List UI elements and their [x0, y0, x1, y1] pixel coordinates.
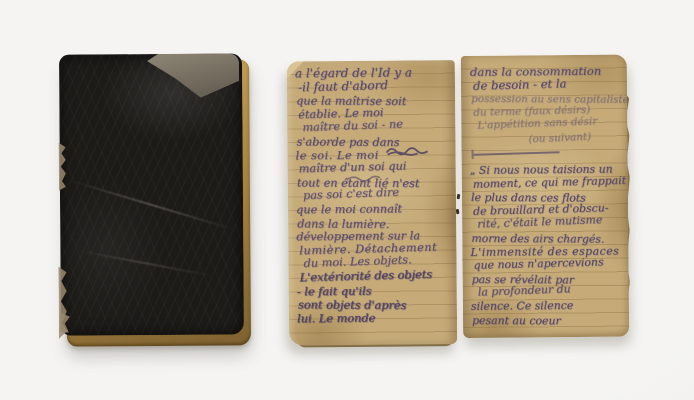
- notebook-cover: [59, 53, 244, 335]
- handwriting-line: L'extériorité des objets: [299, 267, 457, 285]
- handwriting-line: morne des airs chargés.: [471, 232, 627, 246]
- handwriting-line: dans la lumière.: [297, 217, 455, 231]
- right-page-upper-handwriting: dans la consommation de besoin - et la p…: [470, 65, 626, 148]
- handwriting-line: pesant au coeur: [472, 313, 628, 327]
- open-notebook: a l'égard de l'Id y a -il faut d'abord q…: [285, 50, 640, 353]
- handwriting-line: silence. Ce silence: [471, 299, 627, 314]
- ink-scribble: [346, 175, 382, 184]
- worn-patch: [147, 53, 239, 98]
- frayed-edge: [60, 313, 70, 333]
- frayed-edge: [59, 143, 66, 191]
- right-page-quote-handwriting: „ Si nous nous taisions un moment, ce qu…: [470, 163, 627, 327]
- handwriting-line: sont objets d'après: [298, 299, 456, 313]
- handwriting-line: -il faut d'abord: [298, 77, 456, 95]
- right-page: dans la consommation de besoin - et la p…: [461, 55, 629, 338]
- handwriting-line: que le moi connaît: [296, 202, 454, 217]
- cover-crease: [75, 249, 213, 277]
- handwriting-line: de besoin - et la: [473, 75, 628, 93]
- handwriting-line: s'aborde pas dans: [296, 135, 454, 149]
- ink-scribble: [386, 146, 430, 156]
- handwriting-line: - le fait qu'ils: [297, 284, 455, 299]
- closed-notebook: [59, 53, 251, 346]
- cover-crease: [69, 179, 234, 230]
- handwriting-line: maître d'un soi qui: [299, 158, 457, 176]
- photo-stage: a l'égard de l'Id y a -il faut d'abord q…: [0, 0, 694, 400]
- binding-stitch: [456, 209, 460, 214]
- ink-divider: [474, 151, 560, 156]
- left-page: a l'égard de l'Id y a -il faut d'abord q…: [287, 60, 457, 345]
- handwriting-line: que nous n'apercevions: [473, 255, 629, 273]
- left-page-handwriting: a l'égard de l'Id y a -il faut d'abord q…: [295, 66, 455, 326]
- binding-stitch: [457, 194, 461, 199]
- handwriting-line: lui. Le monde: [297, 311, 455, 326]
